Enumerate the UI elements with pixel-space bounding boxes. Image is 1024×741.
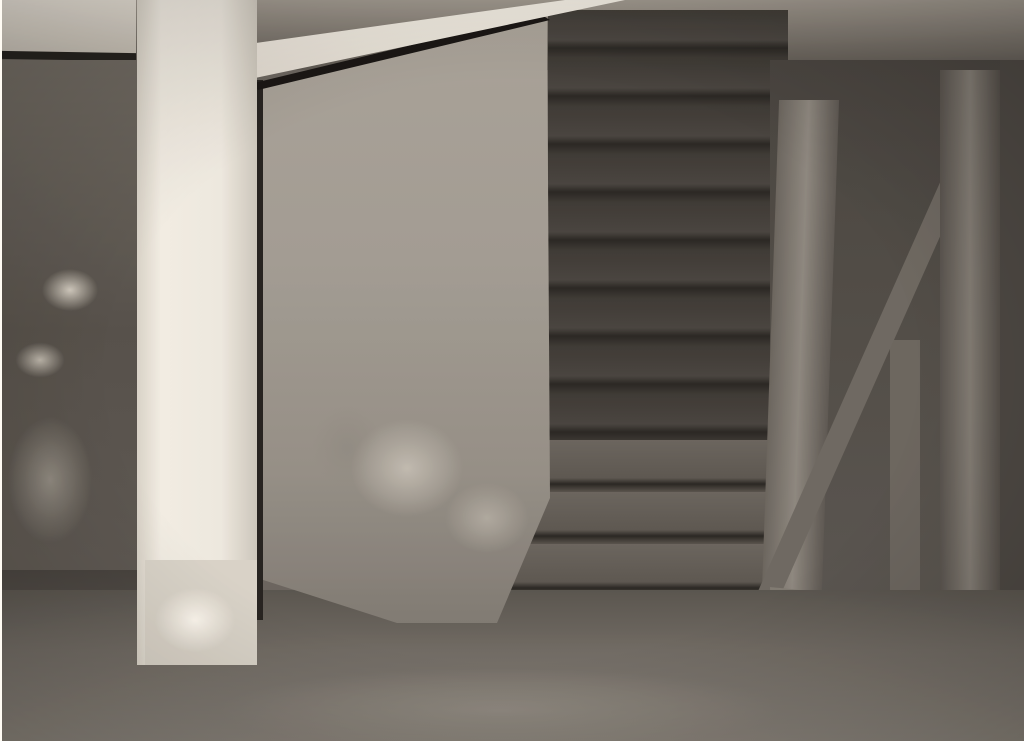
photo-border	[0, 0, 1024, 741]
cellar-photograph	[0, 0, 1024, 741]
